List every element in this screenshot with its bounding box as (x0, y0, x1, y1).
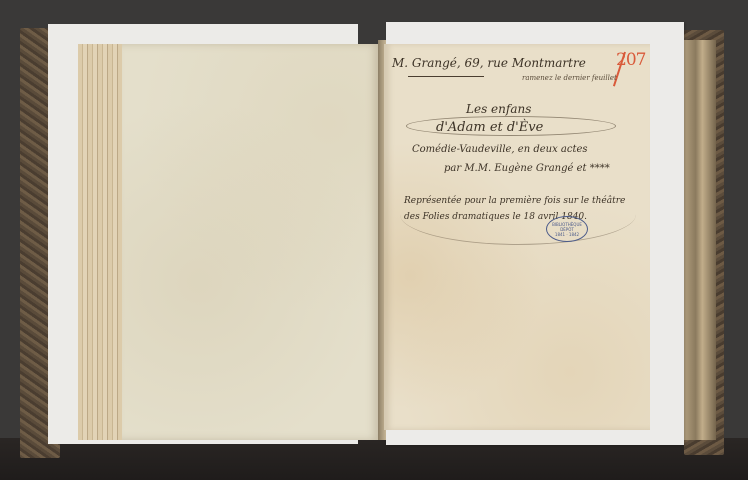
page-edges-right (682, 40, 716, 440)
stamp-line-3: 1841 · 1842 (555, 232, 579, 237)
genre-line: Comédie-Vaudeville, en deux actes (412, 144, 588, 155)
premiere-line-1: Représentée pour la première fois sur le… (404, 196, 625, 206)
left-page-blank (122, 44, 380, 440)
page-stack-left (78, 44, 126, 440)
authors-line: par M.M. Eugène Grangé et **** (444, 163, 610, 174)
title-line-2: d'Adam et d'Ève (436, 120, 543, 135)
address-underline (408, 76, 484, 77)
right-page-title: M. Grangé, 69, rue Montmartre 207 ramene… (384, 44, 650, 430)
library-stamp: BIBLIOTHÈQUE DÉPÔT 1841 · 1842 (546, 216, 588, 242)
title-line-1: Les enfans (466, 102, 531, 116)
small-note: ramenez le dernier feuillet (522, 74, 617, 82)
header-address: M. Grangé, 69, rue Montmartre (392, 56, 586, 70)
